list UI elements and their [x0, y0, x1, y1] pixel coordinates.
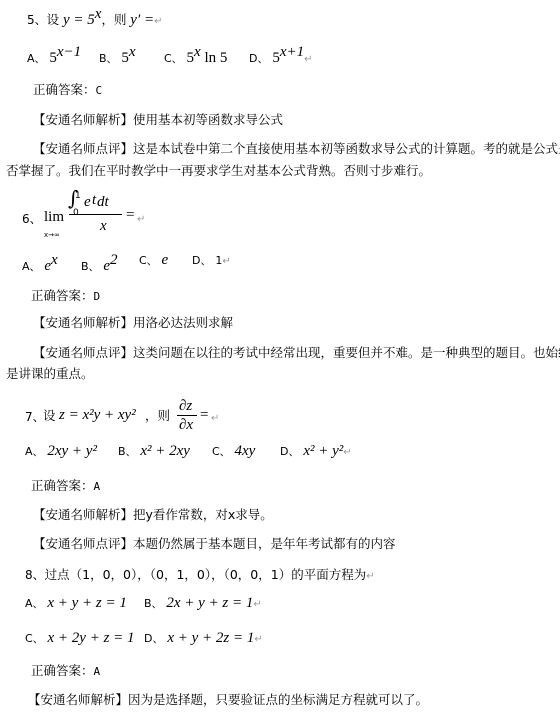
- q5-number: 5、: [27, 13, 47, 27]
- q8-option-b: B、 2x + y + z = 1↵: [144, 595, 262, 612]
- q7-option-d: D、 x² + y²↵: [280, 443, 352, 460]
- q7-answer-value: A: [94, 480, 101, 493]
- limit-operator: lim: [44, 209, 64, 225]
- q7-analysis: 【安通名师解析】把y看作常数，对x求导。: [33, 507, 273, 523]
- q7-comment: 【安通名师点评】本题仍然属于基本题目，是年年考试都有的内容: [33, 536, 396, 552]
- q8-analysis: 【安通名师解析】因为是选择题，只要验证点的坐标满足方程就可以了。: [28, 692, 428, 708]
- fraction-bar: [177, 415, 197, 416]
- q5-stem: 5、设 y = 5x，则 y′ =↵: [27, 6, 162, 30]
- q6-comment-cont: 是讲课的重点。: [6, 366, 94, 382]
- q8-option-d: D、 x + y + 2z = 1↵: [144, 630, 263, 647]
- q6-answer-value: D: [94, 290, 101, 303]
- q7-option-c: C、 4xy: [212, 443, 255, 460]
- q7-answer: 正确答案：A: [31, 478, 100, 495]
- return-mark-icon: ↵: [154, 16, 162, 27]
- q6-option-a: A、 ex: [22, 252, 58, 275]
- q8-option-c: C、 x + 2y + z = 1: [25, 630, 135, 647]
- limit-subscript: x→∞: [44, 227, 60, 243]
- q7-option-a: A、 2xy + y²: [25, 443, 97, 460]
- q5-option-a: A、 5x−1: [27, 44, 81, 67]
- q8-stem: 8、过点（1，0，0），（0，1，0），（0，0，1）的平面方程为↵: [25, 567, 375, 585]
- q7-option-b: B、 x² + 2xy: [118, 443, 190, 460]
- q6-option-d: D、 1↵: [192, 252, 231, 268]
- fraction-bar: [69, 214, 122, 215]
- q5-comment: 【安通名师点评】这是本试卷中第二个直接使用基本初等函数求导公式的计算题。考的就是…: [33, 141, 560, 157]
- q5-analysis: 【安通名师解析】使用基本初等函数求导公式: [33, 112, 283, 128]
- q6-option-c: C、 e: [139, 252, 168, 269]
- q5-option-b: B、 5x: [99, 44, 136, 67]
- q6-comment: 【安通名师点评】这类问题在以往的考试中经常出现，重要但并不难。是一种典型的题目。…: [33, 345, 560, 361]
- q8-option-a: A、 x + y + z = 1: [25, 595, 127, 612]
- q6-option-b: B、 e2: [81, 252, 118, 275]
- q6-answer: 正确答案：D: [31, 288, 100, 305]
- q8-answer: 正确答案：A: [31, 663, 100, 680]
- q5-option-d: D、 5x+1↵: [249, 44, 312, 67]
- q5-option-c: C、 5x ln 5: [164, 44, 227, 67]
- q5-answer: 正确答案：C: [33, 82, 102, 99]
- q5-answer-value: C: [96, 84, 103, 97]
- q5-comment-cont: 否掌握了。我们在平时教学中一再要求学生对基本公式背熟。否则寸步难行。: [6, 163, 431, 179]
- q8-answer-value: A: [94, 665, 101, 678]
- q6-analysis: 【安通名师解析】用洛必达法则求解: [33, 315, 233, 331]
